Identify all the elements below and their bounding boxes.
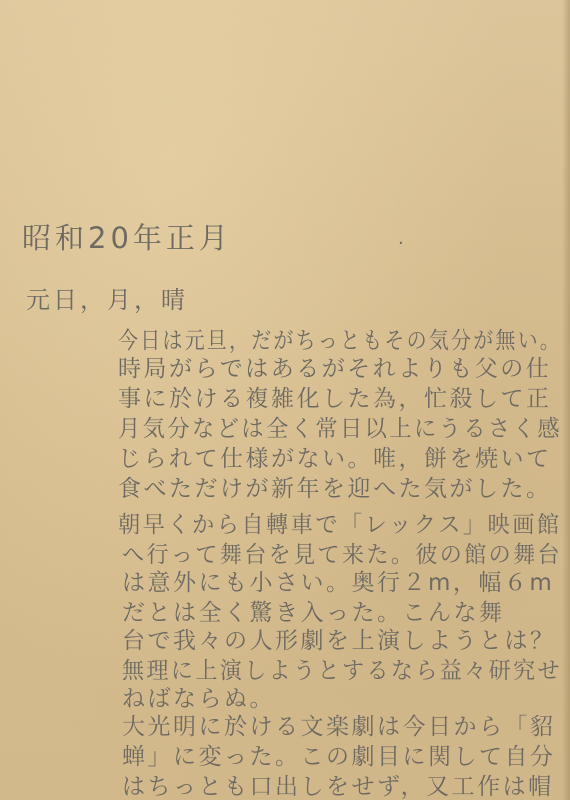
body-line: 事に於ける複雑化した為，忙殺して正 xyxy=(118,380,552,413)
page-edge-shadow xyxy=(562,0,570,800)
body-line: 食べただけが新年を迎へた気がした。 xyxy=(118,470,552,503)
entry-date: 元日，月，晴 xyxy=(26,280,188,315)
heading-mark: . xyxy=(398,228,404,249)
body-line: じられて仕様がない。唯，餅を焼いて xyxy=(118,440,552,473)
body-line: 大光明に於ける文楽劇は今日から「貂 xyxy=(122,708,556,741)
body-line: は意外にも小さい。奥行２m，幅６m xyxy=(122,564,554,597)
diary-page: 昭和20年正月 . 元日，月，晴 今日は元旦，だがちっともその気分が無い。 時局… xyxy=(0,0,570,800)
body-line: 月気分などは全く常日以上にうるさく感 xyxy=(118,410,562,443)
body-line: 台で我々の人形劇を上演しようとは？ xyxy=(122,622,556,655)
diary-heading: 昭和20年正月 xyxy=(22,216,232,257)
body-line: 朝早くから自轉車で「レックス」映画館 xyxy=(118,506,562,539)
body-line: はちっとも口出しをせず，又工作は帽 xyxy=(122,768,554,800)
body-line: 蝉」に変った。この劇目に関して自分 xyxy=(122,738,556,771)
body-line: 時局がらではあるがそれよりも父の仕 xyxy=(118,350,551,383)
